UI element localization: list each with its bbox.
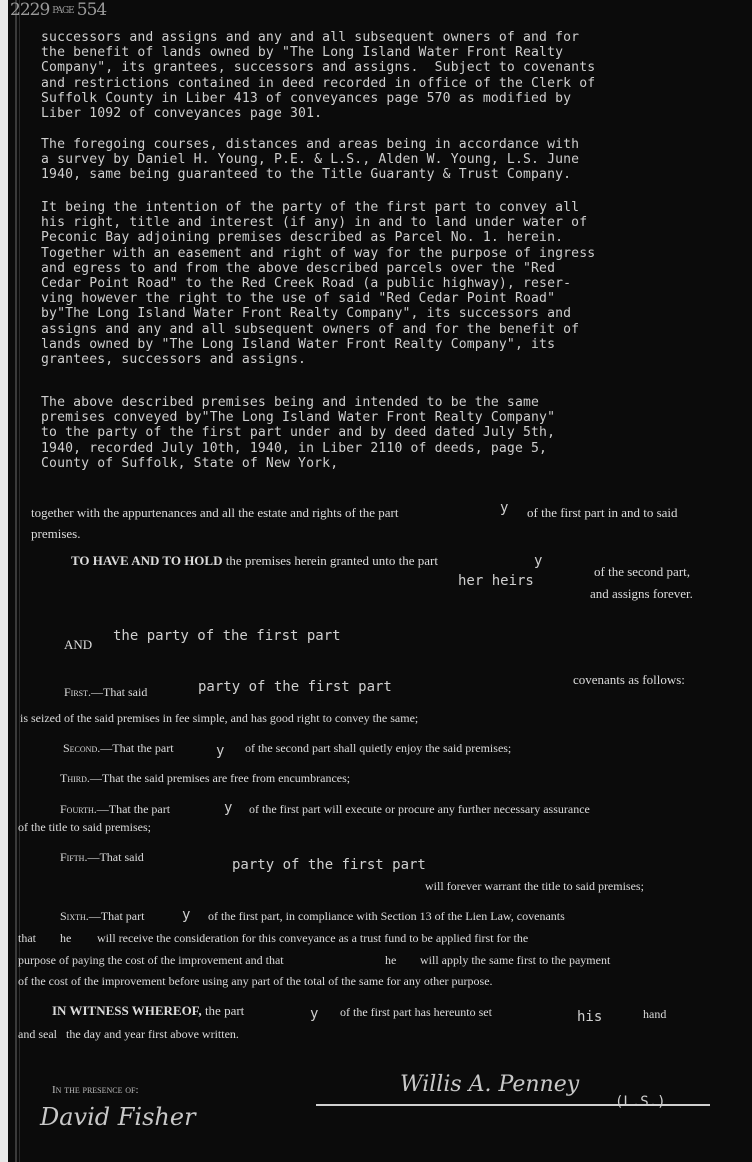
fill-fourth-y: y xyxy=(224,800,232,816)
witness-line-2: and seal the day and year first above wr… xyxy=(18,1027,239,1042)
first-covenant-text: is seized of the said premises in fee si… xyxy=(20,711,418,726)
fill-fifth-party: party of the first part xyxy=(232,857,426,873)
fill-appurtenances-y: y xyxy=(500,500,508,516)
habendum-line: TO HAVE AND TO HOLD the premises herein … xyxy=(71,553,438,569)
fifth-covenant: Fifth.—That said xyxy=(60,850,144,865)
sixth-line-3-end: will apply the same first to the payment xyxy=(420,953,610,968)
typed-line: grantees, successors and assigns. xyxy=(41,352,741,367)
typed-paragraph-3: It being the intention of the party of t… xyxy=(41,200,741,367)
typed-line: It being the intention of the party of t… xyxy=(41,200,741,215)
ls-label: (L.S.) xyxy=(615,1094,666,1110)
appurtenances-line-end: of the first part in and to said xyxy=(527,505,678,521)
habendum-end: of the second part, xyxy=(594,564,690,580)
typed-line: Liber 1092 of conveyances page 301. xyxy=(41,106,741,121)
second-covenant: Second.—That the part xyxy=(63,741,174,756)
fill-and-party: the party of the first part xyxy=(113,628,341,644)
typed-paragraph-1: successors and assigns and any and all s… xyxy=(41,30,741,121)
first-covenant: First.—That said xyxy=(64,685,147,700)
scan-edge xyxy=(0,0,8,1162)
fourth-covenant-text: of the first part will execute or procur… xyxy=(249,802,590,817)
typed-line: to the party of the first part under and… xyxy=(41,425,741,440)
typed-line: County of Suffolk, State of New York, xyxy=(41,456,741,471)
page-label: PAGE xyxy=(52,6,74,16)
typed-line: Together with an easement and right of w… xyxy=(41,246,741,261)
assigns-forever: and assigns forever. xyxy=(590,586,693,602)
fill-first-party: party of the first part xyxy=(198,679,392,695)
premises-line: premises. xyxy=(31,526,80,542)
fill-witness-his: his xyxy=(577,1009,602,1025)
sixth-covenant-text: of the first part, in compliance with Se… xyxy=(208,909,565,924)
typed-line: Suffolk County in Liber 413 of conveyanc… xyxy=(41,91,741,106)
typed-line: Peconic Bay adjoining premises described… xyxy=(41,230,741,245)
and-label: AND xyxy=(64,637,92,653)
witness-hand: hand xyxy=(643,1007,666,1022)
typed-line: The above described premises being and i… xyxy=(41,395,741,410)
witness-line-mid: of the first part has hereunto set xyxy=(340,1005,492,1020)
sixth-line-2: will receive the consideration for this … xyxy=(97,931,528,946)
sixth-line-4: of the cost of the improvement before us… xyxy=(18,974,493,989)
typed-line: and restrictions contained in deed recor… xyxy=(41,76,741,91)
sixth-that: that xyxy=(18,931,36,946)
typed-line: ving however the right to the use of sai… xyxy=(41,291,741,306)
fill-habendum-y: y xyxy=(534,553,542,569)
fourth-covenant-text-2: of the title to said premises; xyxy=(18,820,151,835)
typed-line: successors and assigns and any and all s… xyxy=(41,30,741,45)
fill-heirs: her heirs xyxy=(458,573,534,589)
sixth-line-3: purpose of paying the cost of the improv… xyxy=(18,953,284,968)
liber-page-stamp: 2229PAGE554 xyxy=(10,0,106,20)
appurtenances-line: together with the appurtenances and all … xyxy=(31,505,398,521)
typed-line: his right, title and interest (if any) i… xyxy=(41,215,741,230)
typed-line: a survey by Daniel H. Young, P.E. & L.S.… xyxy=(41,152,741,167)
liber-number: 2229 xyxy=(10,0,49,20)
typed-line: lands owned by "The Long Island Water Fr… xyxy=(41,337,741,352)
signature-line xyxy=(316,1104,710,1106)
covenants-as-follows: covenants as follows: xyxy=(573,672,685,688)
margin-rule xyxy=(15,0,17,1162)
page-number: 554 xyxy=(77,0,106,20)
presence-label: In the presence of: xyxy=(52,1084,139,1096)
second-covenant-text: of the second part shall quietly enjoy t… xyxy=(245,741,511,756)
typed-line: by"The Long Island Water Front Realty Co… xyxy=(41,306,741,321)
typed-line: Company", its grantees, successors and a… xyxy=(41,60,741,75)
typed-line: the benefit of lands owned by "The Long … xyxy=(41,45,741,60)
typed-line: Cedar Point Road" to the Red Creek Road … xyxy=(41,276,741,291)
fill-sixth-y: y xyxy=(182,907,190,923)
third-covenant: Third.—That the said premises are free f… xyxy=(60,771,350,786)
fill-witness-y: y xyxy=(310,1006,318,1022)
typed-line: 1940, recorded July 10th, 1940, in Liber… xyxy=(41,441,741,456)
sixth-covenant: Sixth.—That part xyxy=(60,909,144,924)
fourth-covenant: Fourth.—That the part xyxy=(60,802,170,817)
typed-line: assigns and any and all subsequent owner… xyxy=(41,322,741,337)
typed-paragraph-2: The foregoing courses, distances and are… xyxy=(41,137,741,183)
typed-line: premises conveyed by"The Long Island Wat… xyxy=(41,410,741,425)
typed-line: and egress to and from the above describ… xyxy=(41,261,741,276)
typed-paragraph-4: The above described premises being and i… xyxy=(41,395,741,471)
grantor-signature: Willis A. Penney xyxy=(400,1072,579,1097)
witness-line: IN WITNESS WHEREOF, the part xyxy=(52,1003,244,1019)
typed-line: The foregoing courses, distances and are… xyxy=(41,137,741,152)
fill-second-y: y xyxy=(216,743,224,759)
fill-sixth-he-2: he xyxy=(385,953,396,968)
fill-sixth-he: he xyxy=(60,931,71,946)
fifth-covenant-text: will forever warrant the title to said p… xyxy=(425,879,644,894)
witness-signature: David Fisher xyxy=(40,1103,196,1131)
typed-line: 1940, same being guaranteed to the Title… xyxy=(41,167,741,182)
